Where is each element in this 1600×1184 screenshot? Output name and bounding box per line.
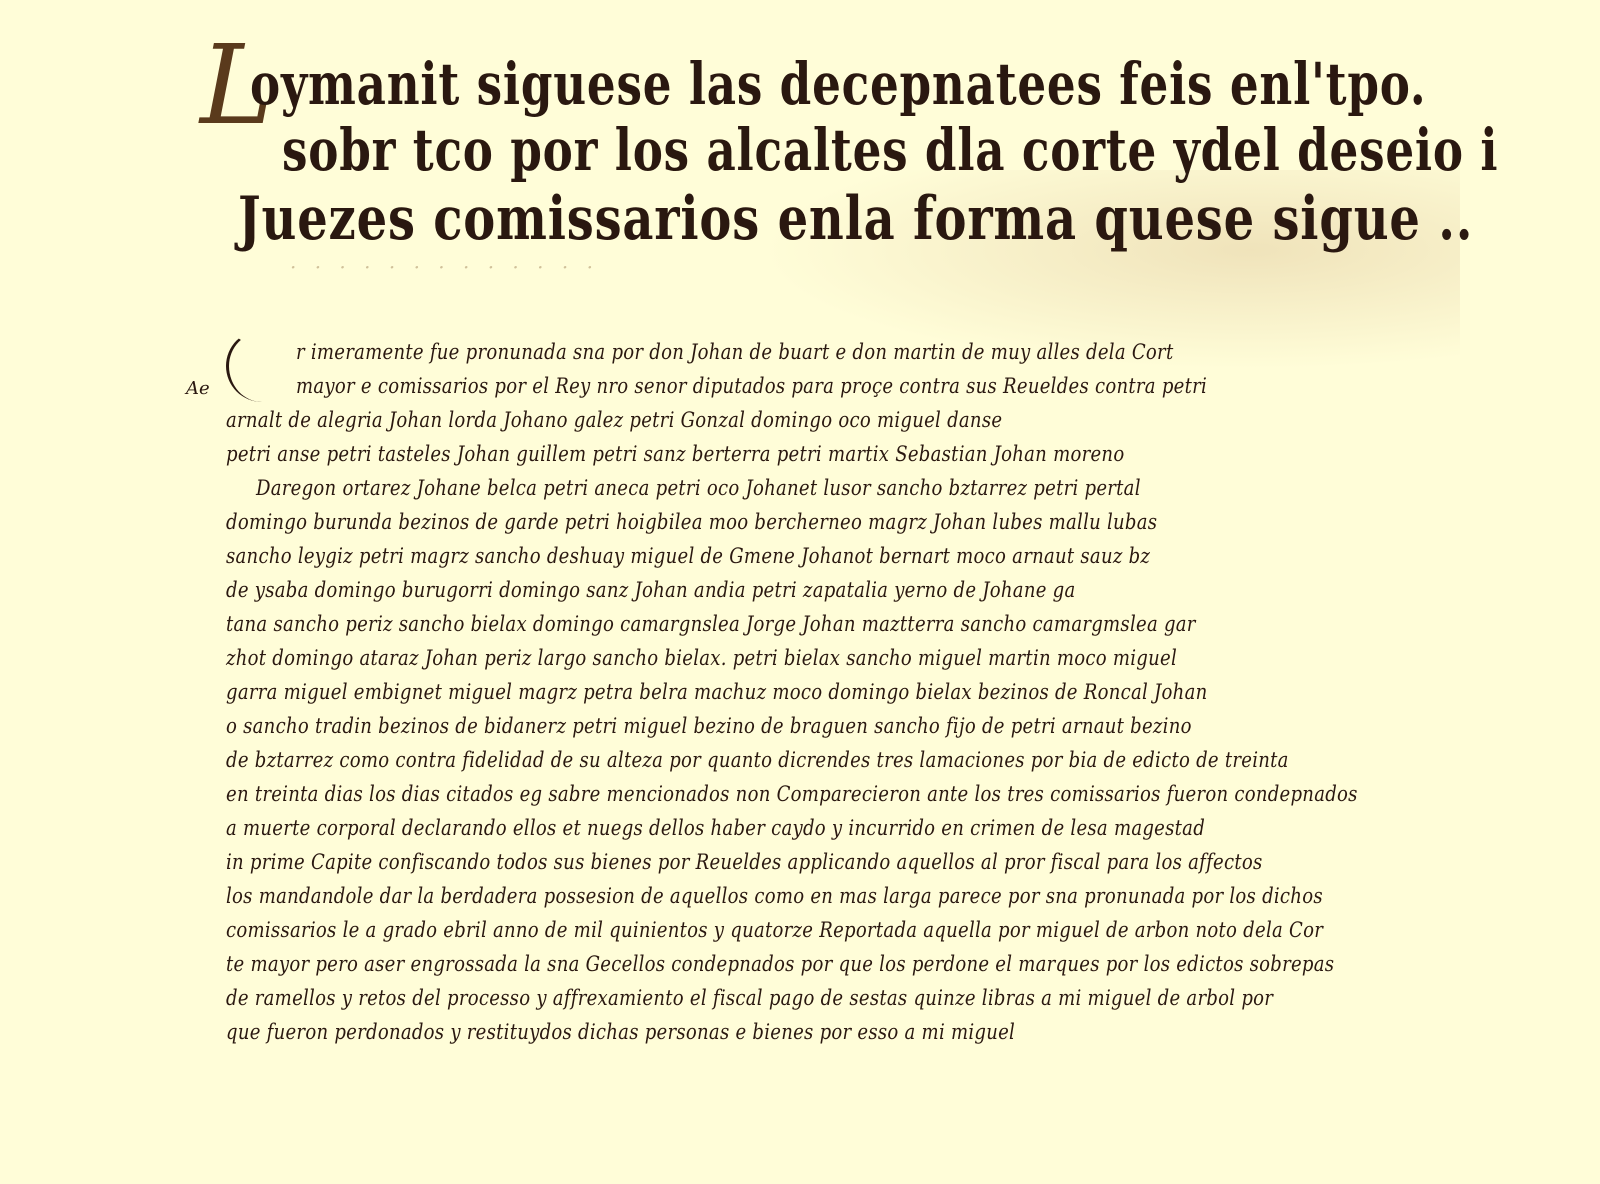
text-line: de bztarrez como contra fidelidad de su … [226,748,1289,772]
text-line: zhot domingo ataraz Johan periz largo sa… [226,646,1177,670]
text-line: a muerte corporal declarando ellos et nu… [226,816,1205,840]
faded-text-line: · · · · · · · · · · · · · [290,255,1190,305]
text-line: tana sancho periz sancho bielax domingo … [226,612,1196,636]
text-line: petri anse petri tasteles Johan guillem … [226,442,1124,466]
text-line: garra miguel embignet miguel magrz petra… [226,680,1207,704]
text-line: en treinta dias los dias citados eg sabr… [226,782,1358,806]
text-line: arnalt de alegria Johan lorda Johano gal… [226,408,1002,432]
text-line: r imeramente fue pronunada sna por don J… [296,340,1173,364]
heading-line-1: oymanit siguese las decepnatees feis enl… [250,50,1426,118]
text-line: de ramellos y retos del processo y affre… [226,986,1273,1010]
decorated-initial-p [226,330,279,402]
text-line: mayor e comissarios por el Rey nro senor… [296,374,1207,398]
text-line: los mandandole dar la berdadera possesio… [226,884,1323,908]
heading-line-2: sobr tco por los alcaltes dla corte ydel… [282,116,1498,184]
text-line: de ysaba domingo burugorri domingo sanz … [226,578,1076,602]
text-line: sancho leygiz petri magrz sancho deshuay… [226,544,1150,568]
text-line: que fueron perdonados y restituydos dich… [226,1020,1015,1044]
text-line: te mayor pero aser engrossada la sna Gec… [226,952,1334,976]
text-line: in prime Capite confiscando todos sus bi… [226,850,1263,874]
manuscript-page: L oymanit siguese las decepnatees feis e… [0,0,1600,1184]
text-line: o sancho tradin bezinos de bidanerz petr… [226,714,1192,738]
text-line: comissarios le a grado ebril anno de mil… [226,918,1323,942]
text-line: domingo burunda bezinos de garde petri h… [226,510,1157,534]
margin-note: Ae [186,378,210,399]
heading-line-3: Juezes comissarios enla forma quese sigu… [238,184,1473,254]
text-line: Daregon ortarez Johane belca petri aneca… [256,476,1141,500]
